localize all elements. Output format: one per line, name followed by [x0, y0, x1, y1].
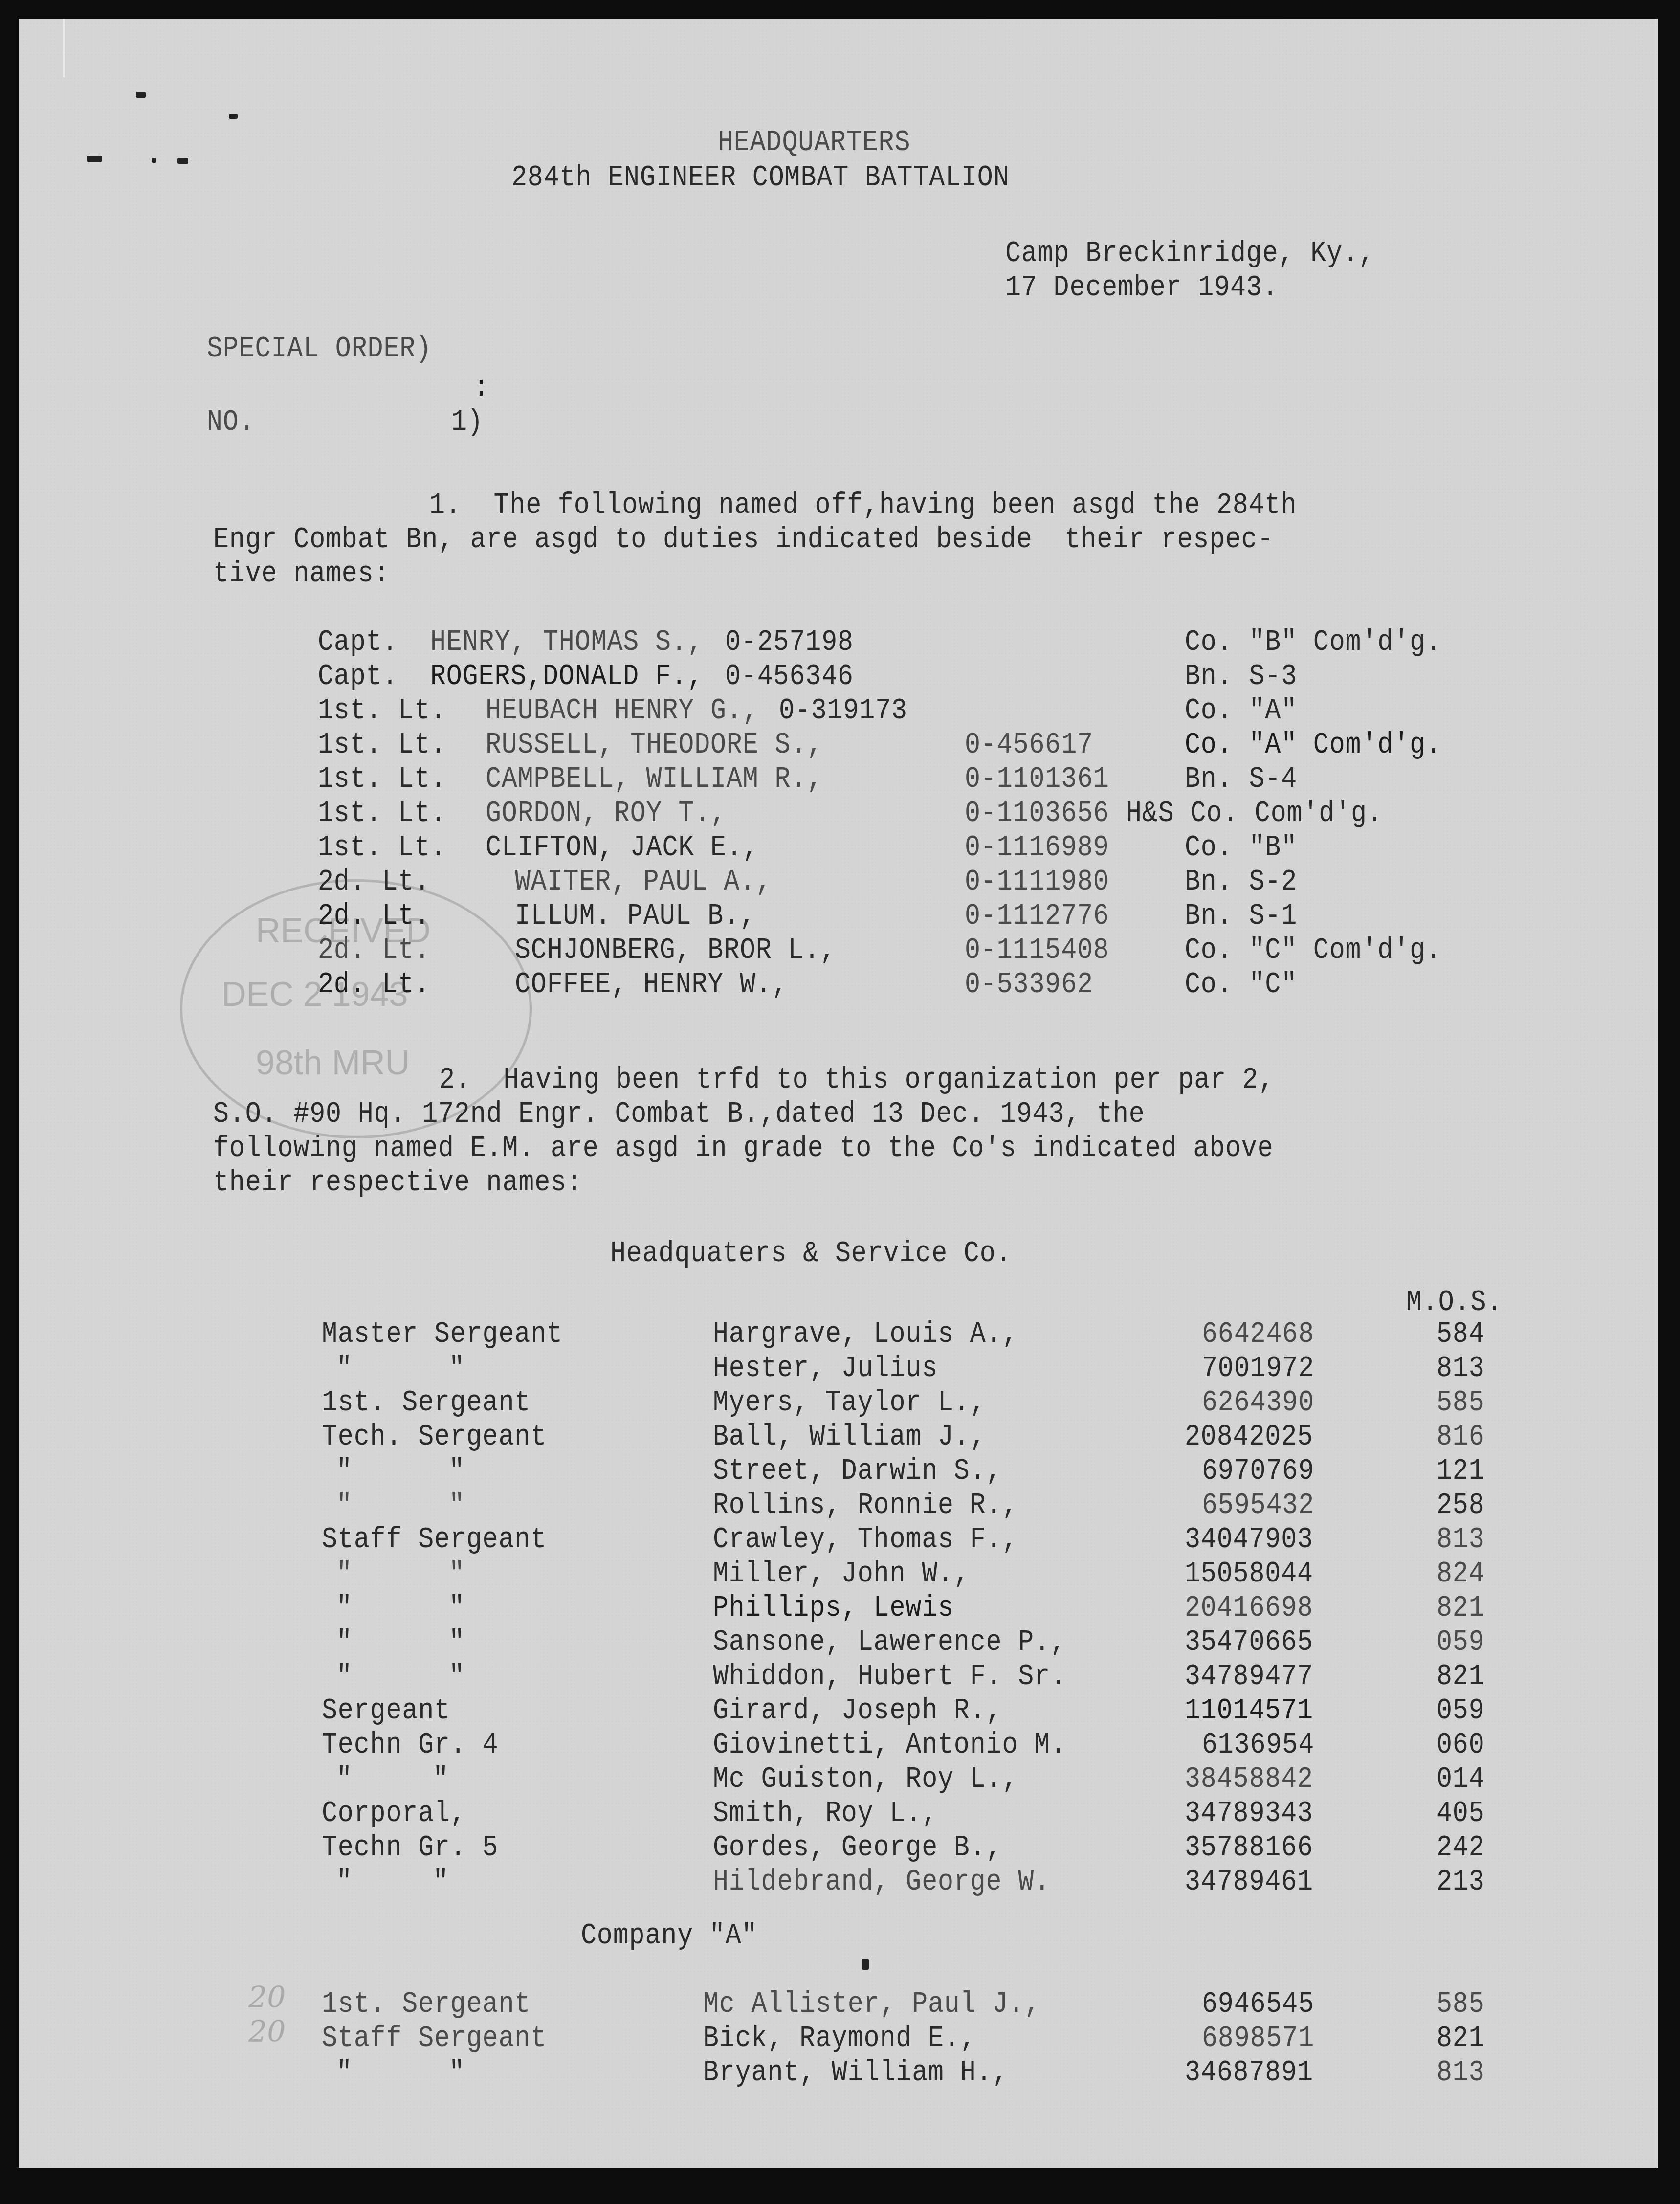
roster-name: Myers, Taylor L., [713, 1385, 986, 1420]
officer-row: Capt. ROGERS,DONALD F., 0-456346 Bn. S-3 [19, 659, 1658, 693]
roster-grade: Techn Gr. 5 [322, 1830, 498, 1865]
roster-serial: 7001972 [1202, 1351, 1314, 1385]
roster-row: " " Rollins, Ronnie R., 6595432 258 [19, 1488, 1658, 1522]
officer-name: HENRY, THOMAS S., [430, 625, 704, 659]
officer-name: ILLUM. PAUL B., [515, 899, 756, 933]
officer-rank: 1st. Lt. [318, 693, 446, 728]
roster-name: Giovinetti, Antonio M. [713, 1728, 1066, 1762]
header-location: Camp Breckinridge, Ky., [1005, 236, 1375, 270]
officer-name: CAMPBELL, WILLIAM R., [486, 762, 823, 796]
roster-mos: 059 [1437, 1693, 1485, 1728]
roster-serial: 38458842 [1185, 1762, 1313, 1796]
roster-row: Master Sergeant Hargrave, Louis A., 6642… [19, 1317, 1658, 1351]
paragraph-1-line: Engr Combat Bn, are asgd to duties indic… [213, 522, 1274, 557]
roster-serial: 34687891 [1185, 2055, 1313, 2090]
roster-mos: 585 [1437, 1385, 1485, 1420]
roster-grade: Tech. Sergeant [322, 1420, 547, 1454]
officer-rank: Capt. [318, 659, 398, 693]
roster-name: Girard, Joseph R., [713, 1693, 1002, 1728]
roster-serial: 6970769 [1202, 1454, 1314, 1488]
roster-grade: " " [336, 1625, 465, 1659]
officer-serial: 0-1115408 [965, 933, 1109, 967]
officer-duty: Co. "B" [1185, 830, 1297, 865]
officer-row: 1st. Lt. RUSSELL, THEODORE S., 0-456617 … [19, 728, 1658, 762]
officer-serial: 0-533962 [965, 967, 1093, 1002]
officer-duty: Bn. S-4 [1185, 762, 1297, 796]
roster-mos: 585 [1437, 1987, 1485, 2021]
roster-grade: Sergeant [322, 1693, 450, 1728]
roster-row: " " Bryant, William H., 34687891 813 [19, 2055, 1658, 2090]
officer-duty: Co. "C" [1185, 967, 1297, 1002]
officer-rank: 1st. Lt. [318, 830, 446, 865]
officer-serial: 0-1116989 [965, 830, 1109, 865]
roster-serial: 20416698 [1185, 1591, 1313, 1625]
officer-serial: 0-257198 [725, 625, 854, 659]
roster-name: Miller, John W., [713, 1557, 970, 1591]
roster-mos: 405 [1437, 1796, 1485, 1830]
roster-mos: 059 [1437, 1625, 1485, 1659]
section-title-hs-company: Headquaters & Service Co. [610, 1236, 1012, 1270]
officer-row: 1st. Lt. CLIFTON, JACK E., 0-1116989 Co.… [19, 830, 1658, 865]
roster-grade: 1st. Sergeant [322, 1385, 531, 1420]
header-battalion: 284th ENGINEER COMBAT BATTALION [511, 160, 1010, 195]
roster-name: Smith, Roy L., [713, 1796, 938, 1830]
roster-serial: 6136954 [1202, 1728, 1314, 1762]
roster-mos: 258 [1437, 1488, 1485, 1522]
roster-mos: 813 [1437, 2055, 1485, 2090]
roster-name: Bryant, William H., [703, 2055, 1008, 2090]
scan-scratch [63, 19, 65, 77]
scan-speck [152, 158, 156, 163]
officer-duty: Bn. S-1 [1185, 899, 1297, 933]
officer-duty: Bn. S-3 [1185, 659, 1297, 693]
officer-row: 1st. Lt. CAMPBELL, WILLIAM R., 0-1101361… [19, 762, 1658, 796]
special-order-label: SPECIAL ORDER) [207, 332, 432, 366]
roster-grade: " " [336, 1351, 465, 1385]
roster-mos: 242 [1437, 1830, 1485, 1865]
roster-row: Techn Gr. 5 Gordes, George B., 35788166 … [19, 1830, 1658, 1865]
roster-name: Mc Allister, Paul J., [703, 1987, 1040, 2021]
roster-serial: 35470665 [1185, 1625, 1313, 1659]
paragraph-2-line: following named E.M. are asgd in grade t… [213, 1131, 1274, 1165]
officer-row: 2d. Lt. WAITER, PAUL A., 0-1111980 Bn. S… [19, 865, 1658, 899]
scan-speck [177, 158, 188, 164]
roster-mos: 014 [1437, 1762, 1485, 1796]
roster-mos: 813 [1437, 1351, 1485, 1385]
roster-row: Sergeant Girard, Joseph R., 11014571 059 [19, 1693, 1658, 1728]
roster-grade: " " [336, 1591, 465, 1625]
mos-column-header: M.O.S. [1406, 1285, 1503, 1319]
roster-serial: 34789461 [1185, 1865, 1313, 1899]
document-page: HEADQUARTERS 284th ENGINEER COMBAT BATTA… [19, 19, 1658, 2168]
roster-serial: 6264390 [1202, 1385, 1314, 1420]
stamp-unit-text: 98th MRU [256, 1043, 410, 1082]
roster-grade: " " [336, 1557, 465, 1591]
paragraph-1-line: 1. The following named off,having been a… [429, 488, 1297, 522]
roster-mos: 816 [1437, 1420, 1485, 1454]
officer-duty: Co. "A" [1185, 693, 1297, 728]
scan-speck [229, 114, 238, 119]
stamp-received-text: RECEIVED [256, 911, 431, 950]
roster-row: " " Mc Guiston, Roy L., 38458842 014 [19, 1762, 1658, 1796]
roster-serial: 11014571 [1185, 1693, 1313, 1728]
roster-mos: 813 [1437, 1522, 1485, 1557]
roster-grade: " " [336, 1865, 449, 1899]
roster-row: " " Whiddon, Hubert F. Sr. 34789477 821 [19, 1659, 1658, 1693]
roster-row: 1st. Sergeant Mc Allister, Paul J., 6946… [19, 1987, 1658, 2021]
roster-mos: 584 [1437, 1317, 1485, 1351]
officer-rank: Capt. [318, 625, 398, 659]
roster-grade: " " [336, 1454, 465, 1488]
roster-row: Tech. Sergeant Ball, William J., 2084202… [19, 1420, 1658, 1454]
roster-serial: 6946545 [1202, 1987, 1314, 2021]
officer-name: HEUBACH HENRY G., [486, 693, 759, 728]
roster-serial: 34047903 [1185, 1522, 1313, 1557]
roster-serial: 34789343 [1185, 1796, 1313, 1830]
roster-name: Gordes, George B., [713, 1830, 1002, 1865]
roster-name: Sansone, Lawerence P., [713, 1625, 1066, 1659]
scan-speck [862, 1959, 869, 1970]
officer-duty: Co. "C" Com'd'g. [1185, 933, 1442, 967]
roster-grade: 1st. Sergeant [322, 1987, 531, 2021]
roster-name: Crawley, Thomas F., [713, 1522, 1018, 1557]
roster-row: " " Hester, Julius 7001972 813 [19, 1351, 1658, 1385]
officer-name: CLIFTON, JACK E., [486, 830, 759, 865]
special-order-no-label: NO. [207, 405, 255, 439]
officer-row: 1st. Lt. HEUBACH HENRY G., 0-319173 Co. … [19, 693, 1658, 728]
officer-rank: 1st. Lt. [318, 796, 446, 830]
roster-serial: 34789477 [1185, 1659, 1313, 1693]
scan-speck [136, 92, 146, 98]
roster-serial: 6595432 [1202, 1488, 1314, 1522]
section-title-company-a: Company "A" [581, 1918, 757, 1953]
roster-row: " " Miller, John W., 15058044 824 [19, 1557, 1658, 1591]
officer-row: Capt. HENRY, THOMAS S., 0-257198 Co. "B"… [19, 625, 1658, 659]
roster-grade: " " [336, 1762, 449, 1796]
roster-serial: 6642468 [1202, 1317, 1314, 1351]
roster-serial: 6898571 [1202, 2021, 1314, 2055]
roster-mos: 821 [1437, 1659, 1485, 1693]
scan-speck [87, 156, 102, 162]
roster-name: Hester, Julius [713, 1351, 938, 1385]
officer-serial: 0-1112776 [965, 899, 1109, 933]
special-order-no-value: 1) [451, 405, 484, 439]
officer-serial: 0-1111980 [965, 865, 1109, 899]
roster-mos: 824 [1437, 1557, 1485, 1591]
officer-serial: 0-1103656 [965, 796, 1109, 830]
header-headquarters: HEADQUARTERS [718, 125, 910, 159]
roster-grade: Corporal, [322, 1796, 466, 1830]
officer-name: RUSSELL, THEODORE S., [486, 728, 823, 762]
roster-name: Whiddon, Hubert F. Sr. [713, 1659, 1066, 1693]
roster-grade: Techn Gr. 4 [322, 1728, 498, 1762]
paragraph-2-line: 2. Having been trfd to this organization… [439, 1063, 1275, 1097]
officer-rank: 1st. Lt. [318, 728, 446, 762]
roster-name: Mc Guiston, Roy L., [713, 1762, 1018, 1796]
roster-name: Rollins, Ronnie R., [713, 1488, 1018, 1522]
officer-name: SCHJONBERG, BROR L., [515, 933, 836, 967]
officer-duty: H&S Co. Com'd'g. [1126, 796, 1383, 830]
roster-row: " " Street, Darwin S., 6970769 121 [19, 1454, 1658, 1488]
roster-name: Ball, William J., [713, 1420, 986, 1454]
roster-name: Bick, Raymond E., [703, 2021, 976, 2055]
roster-serial: 15058044 [1185, 1557, 1313, 1591]
roster-row: Techn Gr. 4 Giovinetti, Antonio M. 61369… [19, 1728, 1658, 1762]
roster-mos: 821 [1437, 1591, 1485, 1625]
officer-duty: Co. "A" Com'd'g. [1185, 728, 1442, 762]
roster-grade: Staff Sergeant [322, 2021, 547, 2055]
officer-name: GORDON, ROY T., [486, 796, 727, 830]
officer-name: ROGERS,DONALD F., [430, 659, 704, 693]
header-date: 17 December 1943. [1005, 270, 1279, 305]
roster-row: 1st. Sergeant Myers, Taylor L., 6264390 … [19, 1385, 1658, 1420]
officer-name: WAITER, PAUL A., [515, 865, 772, 899]
roster-row: " " Phillips, Lewis 20416698 821 [19, 1591, 1658, 1625]
roster-serial: 20842025 [1185, 1420, 1313, 1454]
roster-grade: " " [336, 1659, 465, 1693]
officer-duty: Bn. S-2 [1185, 865, 1297, 899]
paragraph-2-line: their respective names: [213, 1165, 583, 1200]
roster-name: Street, Darwin S., [713, 1454, 1002, 1488]
officer-rank: 1st. Lt. [318, 762, 446, 796]
officer-duty: Co. "B" Com'd'g. [1185, 625, 1442, 659]
officer-serial: 0-456346 [725, 659, 854, 693]
special-order-colon: : [473, 371, 489, 405]
roster-row: Corporal, Smith, Roy L., 34789343 405 [19, 1796, 1658, 1830]
roster-grade: " " [336, 1488, 465, 1522]
roster-row: Staff Sergeant Crawley, Thomas F., 34047… [19, 1522, 1658, 1557]
paragraph-1-line: tive names: [213, 557, 390, 591]
roster-row: " " Hildebrand, George W. 34789461 213 [19, 1865, 1658, 1899]
roster-grade: Master Sergeant [322, 1317, 563, 1351]
officer-serial: 0-1101361 [965, 762, 1109, 796]
roster-grade: " " [336, 2055, 465, 2090]
roster-row: Staff Sergeant Bick, Raymond E., 6898571… [19, 2021, 1658, 2055]
roster-row: " " Sansone, Lawerence P., 35470665 059 [19, 1625, 1658, 1659]
roster-serial: 35788166 [1185, 1830, 1313, 1865]
roster-mos: 060 [1437, 1728, 1485, 1762]
roster-name: Hildebrand, George W. [713, 1865, 1050, 1899]
officer-serial: 0-456617 [965, 728, 1093, 762]
roster-mos: 821 [1437, 2021, 1485, 2055]
officer-name: COFFEE, HENRY W., [515, 967, 788, 1002]
roster-name: Hargrave, Louis A., [713, 1317, 1018, 1351]
roster-mos: 213 [1437, 1865, 1485, 1899]
officer-serial: 0-319173 [779, 693, 907, 728]
roster-mos: 121 [1437, 1454, 1485, 1488]
roster-grade: Staff Sergeant [322, 1522, 547, 1557]
stamp-date-text: DEC 2 1943 [221, 975, 408, 1014]
roster-name: Phillips, Lewis [713, 1591, 954, 1625]
paragraph-2-line: S.O. #90 Hq. 172nd Engr. Combat B.,dated… [213, 1097, 1145, 1131]
officer-row: 1st. Lt. GORDON, ROY T., 0-1103656 H&S C… [19, 796, 1658, 830]
